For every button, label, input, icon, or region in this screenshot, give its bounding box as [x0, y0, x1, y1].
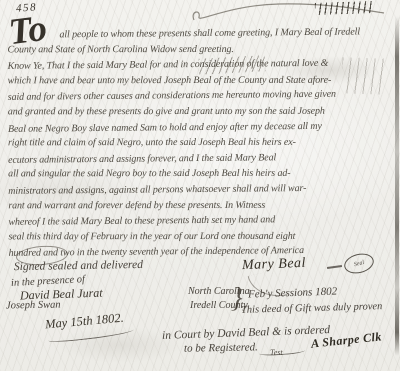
deed-document-scan: 458 To all people to whom these presents… [0, 0, 400, 371]
court-session: Feb'y Sessions 1802 [248, 285, 337, 300]
ink-scribble [315, 1, 373, 15]
deed-line: ministrators and assigns, against all pe… [8, 180, 394, 199]
deed-body-text: all people to whom these presents shall … [7, 25, 394, 261]
deed-line: and granted and by these presents do giv… [8, 104, 394, 120]
witness-signature-joseph-swan: Joseph Swan [6, 300, 61, 312]
court-registered-line: to be Registered. [184, 341, 258, 354]
deed-line: Know Ye, That I the said Mary Beal for a… [8, 55, 394, 74]
deed-line: all people to whom these presents shall … [7, 24, 393, 43]
court-ordered-line: in Court by David Beal & is ordered [162, 324, 330, 342]
deed-line: right title and claim of said Negro, unt… [8, 135, 394, 151]
page-edge-shadow [395, 16, 399, 356]
attestation-line: Signed sealed and delivered [14, 259, 143, 273]
deed-line: whereof I the said Mary Beal to these pr… [8, 211, 394, 230]
court-proven-line: This deed of Gift was duly proven [241, 301, 383, 316]
court-test-label: Test [270, 348, 283, 357]
signature-dash [327, 265, 342, 269]
